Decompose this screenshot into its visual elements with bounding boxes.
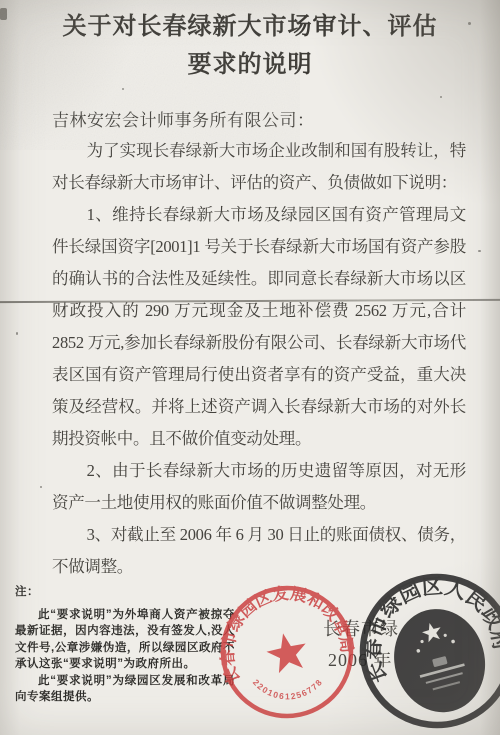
document-body: 为了实现长春绿新大市场企业改制和国有股转让，特对长春绿新大市场审计、评估的资产、… xyxy=(52,135,466,583)
footnote-label: 注： xyxy=(15,584,235,601)
scan-speck xyxy=(300,178,302,180)
body-paragraph-intro: 为了实现长春绿新大市场企业改制和国有股转让，特对长春绿新大市场审计、评估的资产、… xyxy=(52,135,466,199)
scan-speck xyxy=(388,540,391,542)
red-stamp-star-icon xyxy=(263,629,310,674)
scan-artifact xyxy=(0,8,7,20)
body-paragraph-item1: 1、维持长春绿新大市场及绿园区国有资产管理局文件长绿国资字[2001]1 号关于… xyxy=(52,199,466,455)
scanned-document-page: 关于对长春绿新大市场审计、评估 要求的说明 吉林安宏会计师事务所有限公司： 为了… xyxy=(0,0,500,735)
body-paragraph-item2: 2、由于长春绿新大市场的历史遗留等原因，对无形资产一土地使用权的账面价值不做调整… xyxy=(52,455,466,519)
title-line-1: 关于对长春绿新大市场审计、评估 xyxy=(0,8,500,46)
black-government-stamp: 长春市绿园区人民政府 xyxy=(352,566,500,735)
salutation: 吉林安宏会计师事务所有限公司： xyxy=(52,106,315,131)
red-stamp-ring-text: 长春市绿园区发展和改革局 xyxy=(212,572,359,688)
red-official-stamp: 长春市绿园区发展和改革局 2201061256778 xyxy=(212,572,362,732)
scan-speck xyxy=(468,22,471,25)
footnote-paragraph-1: 此“要求说明”为外埠商人资产被掠夺最新证据，因内容违法，没有签发人,没人文件号,… xyxy=(15,607,235,673)
scan-speck xyxy=(16,332,18,335)
scan-speck xyxy=(455,372,457,374)
red-stamp-serial: 2201061256778 xyxy=(250,664,327,709)
scan-speck xyxy=(122,88,124,90)
svg-text:长春市绿园区发展和改革局: 长春市绿园区发展和改革局 xyxy=(212,572,359,688)
footnote-paragraph-2: 此“要求说明”为绿园区发展和改革局向专案组提供。 xyxy=(15,673,235,706)
document-title: 关于对长春绿新大市场审计、评估 要求的说明 xyxy=(0,8,500,84)
scan-speck xyxy=(440,96,442,98)
footnote-block: 注： 此“要求说明”为外埠商人资产被掠夺最新证据，因内容违法，没有签发人,没人文… xyxy=(15,584,235,706)
svg-text:2201061256778: 2201061256778 xyxy=(250,664,327,709)
scan-speck xyxy=(478,250,481,252)
title-line-2: 要求的说明 xyxy=(0,46,500,84)
scan-speck xyxy=(40,486,42,488)
